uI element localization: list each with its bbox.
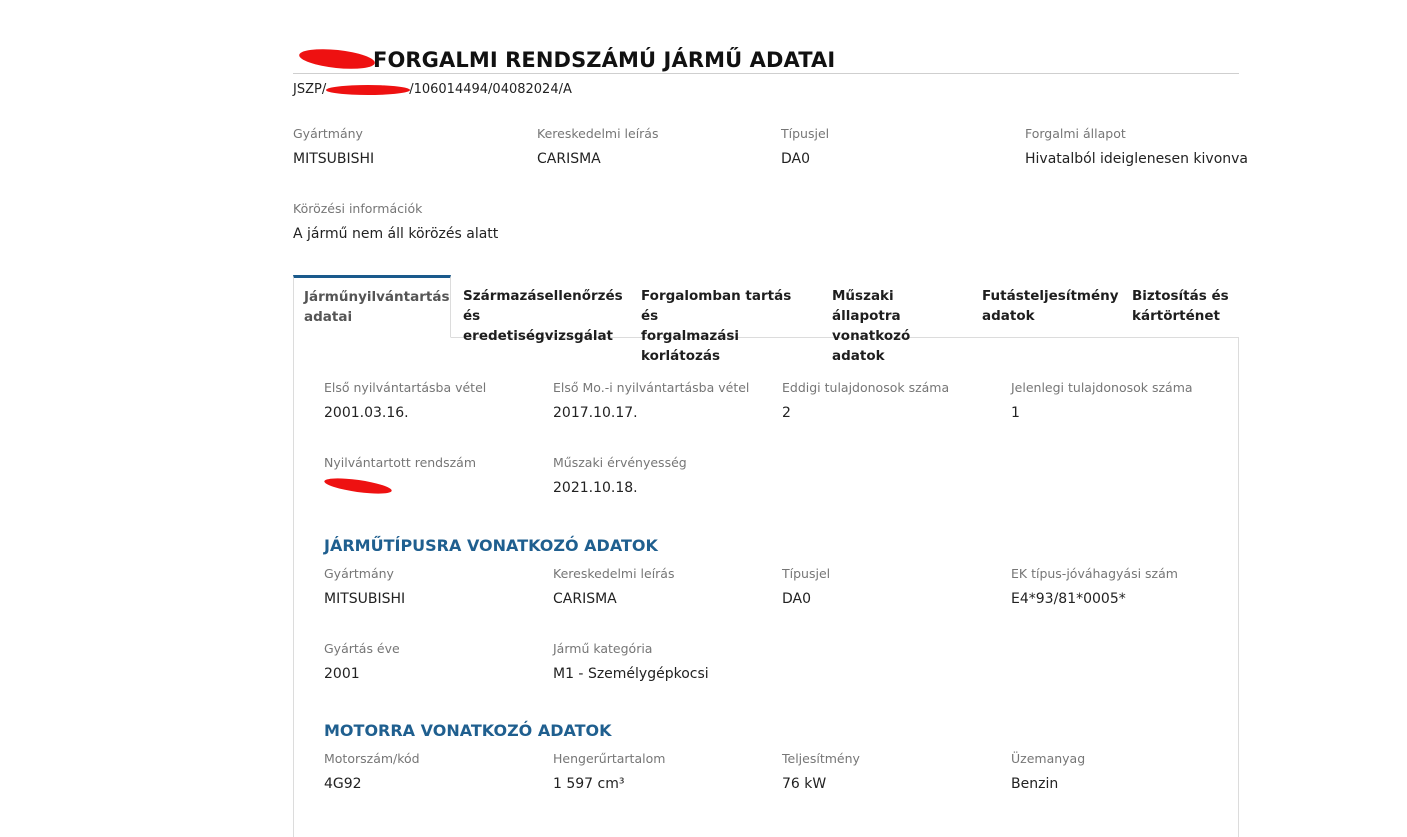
field-value: 2017.10.17. [553,404,782,422]
pursuit-field: Körözési információk A jármű nem áll kör… [293,200,537,275]
field-value: 4G92 [324,775,553,793]
field-label: Gyártás éve [324,640,553,658]
field-value: 2001 [324,665,553,683]
registration-field: Első nyilvántartásba vétel 2001.03.16. [324,379,553,454]
redaction-mark [323,475,392,496]
tab-label: adatok [982,306,1110,326]
field-label: Forgalmi állapot [1025,125,1239,143]
tab-panel-registration: Első nyilvántartásba vétel 2001.03.16. E… [293,337,1239,820]
field-label: Kereskedelmi leírás [537,125,781,143]
field-label: Első Mo.-i nyilvántartásba vétel [553,379,782,397]
tab-label: kártörténet [1132,306,1229,326]
tab-label: Származásellenőrzés [463,286,619,306]
field-label: Eddigi tulajdonosok száma [782,379,1011,397]
vehicle-type-field: Jármű kategória M1 - Személygépkocsi [553,640,782,715]
page-header: FORGALMI RENDSZÁMÚ JÁRMŰ ADATAI [293,44,1239,74]
page-title: FORGALMI RENDSZÁMÚ JÁRMŰ ADATAI [293,44,835,76]
field-value: 2021.10.18. [553,479,782,497]
field-label: EK típus-jóváhagyási szám [1011,565,1231,583]
vehicle-type-field: Gyártmány MITSUBISHI [324,565,553,640]
tab-label: Járműnyilvántartás [304,287,440,307]
registration-field: Eddigi tulajdonosok száma 2 [782,379,1011,454]
engine-field: Üzemanyag Benzin [1011,750,1231,820]
field-label: Típusjel [781,125,1025,143]
vehicle-type-field: EK típus-jóváhagyási szám E4*93/81*0005* [1011,565,1231,640]
engine-field: Teljesítmény 76 kW [782,750,1011,820]
summary-grid: Gyártmány MITSUBISHI Kereskedelmi leírás… [293,125,1239,275]
case-reference: JSZP//106014494/04082024/A [293,81,1239,99]
tab-technical[interactable]: Műszaki állapotra vonatkozó adatok [820,275,970,338]
field-value: A jármű nem áll körözés alatt [293,225,537,243]
field-label: Típusjel [782,565,1011,583]
field-label: Jelenlegi tulajdonosok száma [1011,379,1231,397]
registration-field: Jelenlegi tulajdonosok száma 1 [1011,379,1231,454]
registration-grid: Első nyilvántartásba vétel 2001.03.16. E… [324,379,1236,529]
engine-grid: Motorszám/kód 4G92 Hengerűrtartalom 1 59… [324,750,1236,820]
field-value: 76 kW [782,775,1011,793]
tab-label: adatai [304,307,440,327]
summary-field: Kereskedelmi leírás CARISMA [537,125,781,200]
vehicle-type-field: Gyártás éve 2001 [324,640,553,715]
field-value: 1 [1011,404,1231,422]
field-label: Hengerűrtartalom [553,750,782,768]
tab-bar: Járműnyilvántartás adatai Származásellen… [293,275,1239,338]
tab-mileage[interactable]: Futásteljesítmény adatok [970,275,1120,338]
field-label: Körözési információk [293,200,537,218]
field-value: MITSUBISHI [324,590,553,608]
engine-field: Hengerűrtartalom 1 597 cm³ [553,750,782,820]
field-label: Nyilvántartott rendszám [324,454,553,472]
field-label: Kereskedelmi leírás [553,565,782,583]
section-title-vehicle-type: JÁRMŰTÍPUSRA VONATKOZÓ ADATOK [324,535,1236,557]
vehicle-details-page: FORGALMI RENDSZÁMÚ JÁRMŰ ADATAI JSZP//10… [293,44,1239,275]
field-label: Gyártmány [293,125,537,143]
tab-restrictions[interactable]: Forgalomban tartás és forgalmazási korlá… [629,275,820,338]
page-title-text: FORGALMI RENDSZÁMÚ JÁRMŰ ADATAI [373,48,835,72]
summary-field: Forgalmi állapot Hivatalból ideiglenesen… [1025,125,1239,200]
tab-insurance[interactable]: Biztosítás és kártörténet [1120,275,1239,338]
reference-prefix: JSZP/ [293,82,326,97]
section-title-engine: MOTORRA VONATKOZÓ ADATOK [324,720,1236,742]
field-value: 1 597 cm³ [553,775,782,793]
tab-origin-check[interactable]: Származásellenőrzés és eredetiségvizsgál… [451,275,629,338]
engine-field: Motorszám/kód 4G92 [324,750,553,820]
vehicle-type-field: Típusjel DA0 [782,565,1011,640]
field-value: M1 - Személygépkocsi [553,665,782,683]
summary-field: Típusjel DA0 [781,125,1025,200]
field-label: Műszaki érvényesség [553,454,782,472]
reference-suffix: /106014494/04082024/A [409,82,572,97]
field-value: CARISMA [537,150,781,168]
field-value: DA0 [781,150,1025,168]
tab-label: Biztosítás és [1132,286,1229,306]
field-label: Teljesítmény [782,750,1011,768]
registration-field: Műszaki érvényesség 2021.10.18. [553,454,782,529]
field-label: Első nyilvántartásba vétel [324,379,553,397]
field-value: 2 [782,404,1011,422]
tab-registration[interactable]: Járműnyilvántartás adatai [293,275,451,338]
redaction-mark [326,85,410,95]
field-value: Benzin [1011,775,1231,793]
tab-label: Forgalomban tartás és [641,286,810,326]
summary-field: Gyártmány MITSUBISHI [293,125,537,200]
field-value: Hivatalból ideiglenesen kivonva [1025,150,1239,168]
panel-content: Első nyilvántartásba vétel 2001.03.16. E… [324,379,1236,820]
field-label: Üzemanyag [1011,750,1231,768]
field-value: MITSUBISHI [293,150,537,168]
field-value: CARISMA [553,590,782,608]
field-label: Gyártmány [324,565,553,583]
registration-field: Első Mo.-i nyilvántartásba vétel 2017.10… [553,379,782,454]
vehicle-type-grid: Gyártmány MITSUBISHI Kereskedelmi leírás… [324,565,1236,715]
tab-label: Műszaki állapotra [832,286,960,326]
field-label: Jármű kategória [553,640,782,658]
field-value: DA0 [782,590,1011,608]
registration-field: Nyilvántartott rendszám [324,454,553,529]
field-value: E4*93/81*0005* [1011,590,1231,608]
field-value: 2001.03.16. [324,404,553,422]
tab-label: Futásteljesítmény [982,286,1110,306]
field-label: Motorszám/kód [324,750,553,768]
vehicle-type-field: Kereskedelmi leírás CARISMA [553,565,782,640]
